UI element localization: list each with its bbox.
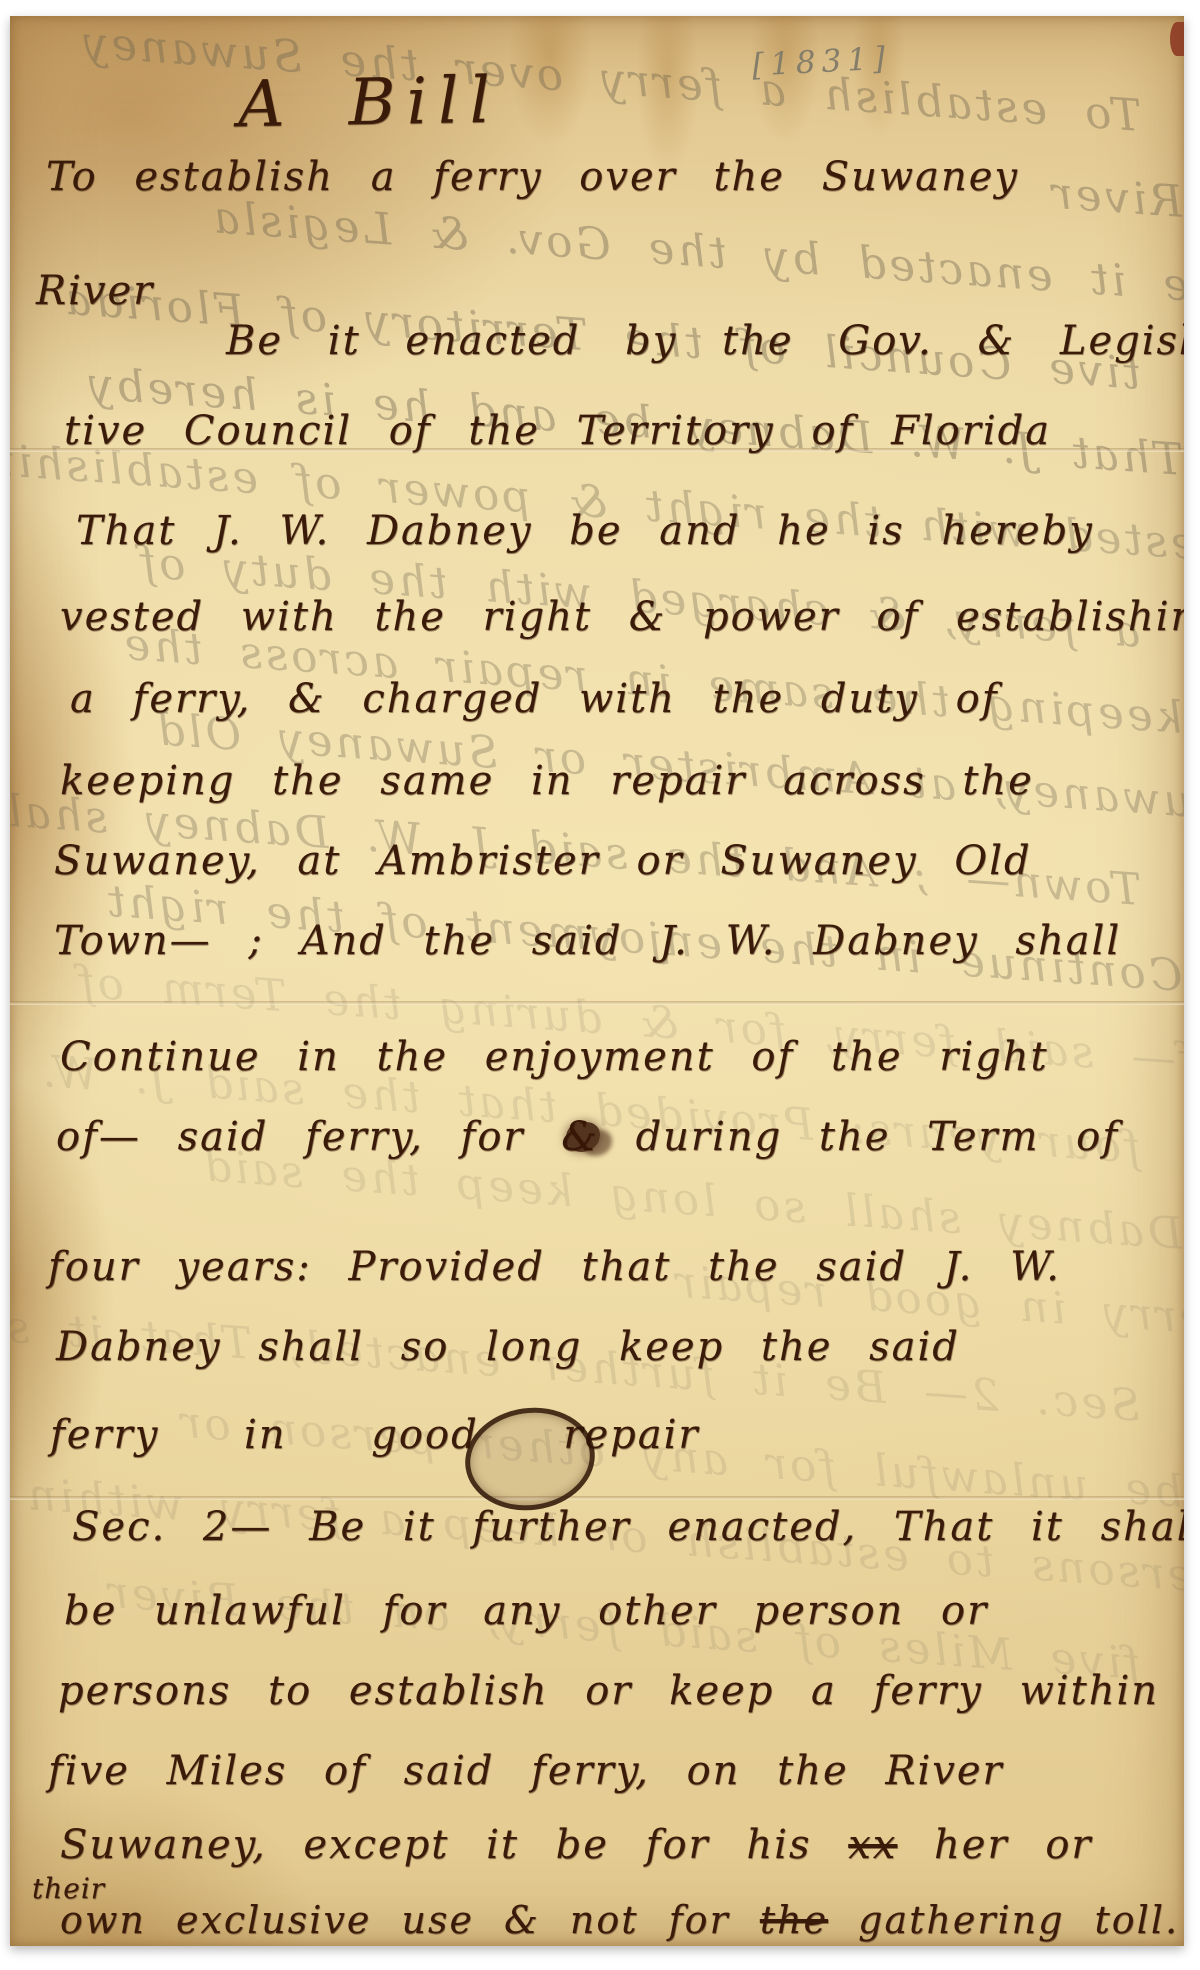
manuscript-line: five Miles of said ferry, on the River (48, 1748, 1004, 1794)
year-annotation: [1831] (751, 40, 892, 83)
fold-crease (10, 1496, 1184, 1500)
manuscript-line: keeping the same in repair across the (60, 758, 1034, 804)
manuscript-line: persons to establish or keep a ferry wit… (58, 1668, 1159, 1714)
line-text: own exclusive use & not for (60, 1898, 760, 1942)
scanned-document-page: { "colors": { "ink": "#3a1a08", "paper":… (0, 0, 1200, 1970)
manuscript-line: Dabney shall so long keep the said (56, 1324, 960, 1370)
bleed-through-stroke: To establish a ferry over the Suwaney (10, 16, 1142, 142)
manuscript-line: River (36, 268, 154, 314)
paper-corner-stain (1170, 22, 1184, 56)
fold-crease (10, 1001, 1184, 1005)
manuscript-line: Town— ; And the said J. W. Dabney shall (54, 918, 1121, 964)
manuscript-line: Sec. 2— Be it further enacted, That it s… (72, 1504, 1184, 1550)
manuscript-line: To establish a ferry over the Suwaney (46, 154, 1019, 200)
manuscript-line-with-strikeout: Suwaney, except it be for his xx her or (60, 1822, 1093, 1868)
manuscript-line: Suwaney, at Ambrister or Suwaney Old (54, 838, 1032, 884)
bleed-through-stroke: Be it enacted by the Gov. & Legisla (52, 181, 1184, 314)
manuscript-line: be unlawful for any other person or (64, 1588, 988, 1634)
line-text: her or (897, 1822, 1092, 1868)
manuscript-line: ferry in good repair (50, 1412, 700, 1458)
line-text: Suwaney, except it be for his (60, 1822, 848, 1868)
document-title: A Bill (237, 64, 501, 143)
line-text: gathering toll. (828, 1898, 1179, 1942)
manuscript-line: Continue in the enjoyment of the right (60, 1034, 1049, 1080)
manuscript-line: four years: Provided that the said J. W. (48, 1244, 1061, 1290)
struck-word: xx (848, 1822, 897, 1868)
manuscript-line: a ferry, & charged with the duty of (70, 676, 999, 722)
manuscript-line: vested with the right & power of establi… (60, 594, 1184, 640)
manuscript-line: That J. W. Dabney be and he is hereby (76, 508, 1094, 554)
bleed-through-layer: To establish a ferry over the SuwaneyRiv… (10, 16, 1184, 1946)
struck-word: the (760, 1898, 828, 1942)
manuscript-line-with-strikeout: own exclusive use & not for the gatherin… (60, 1898, 1179, 1942)
manuscript-line: tive Council of the Territory of Florida (64, 408, 1051, 454)
manuscript-paper: To establish a ferry over the SuwaneyRiv… (10, 16, 1184, 1946)
manuscript-line: Be it enacted by the Gov. & Legisla (226, 318, 1184, 364)
